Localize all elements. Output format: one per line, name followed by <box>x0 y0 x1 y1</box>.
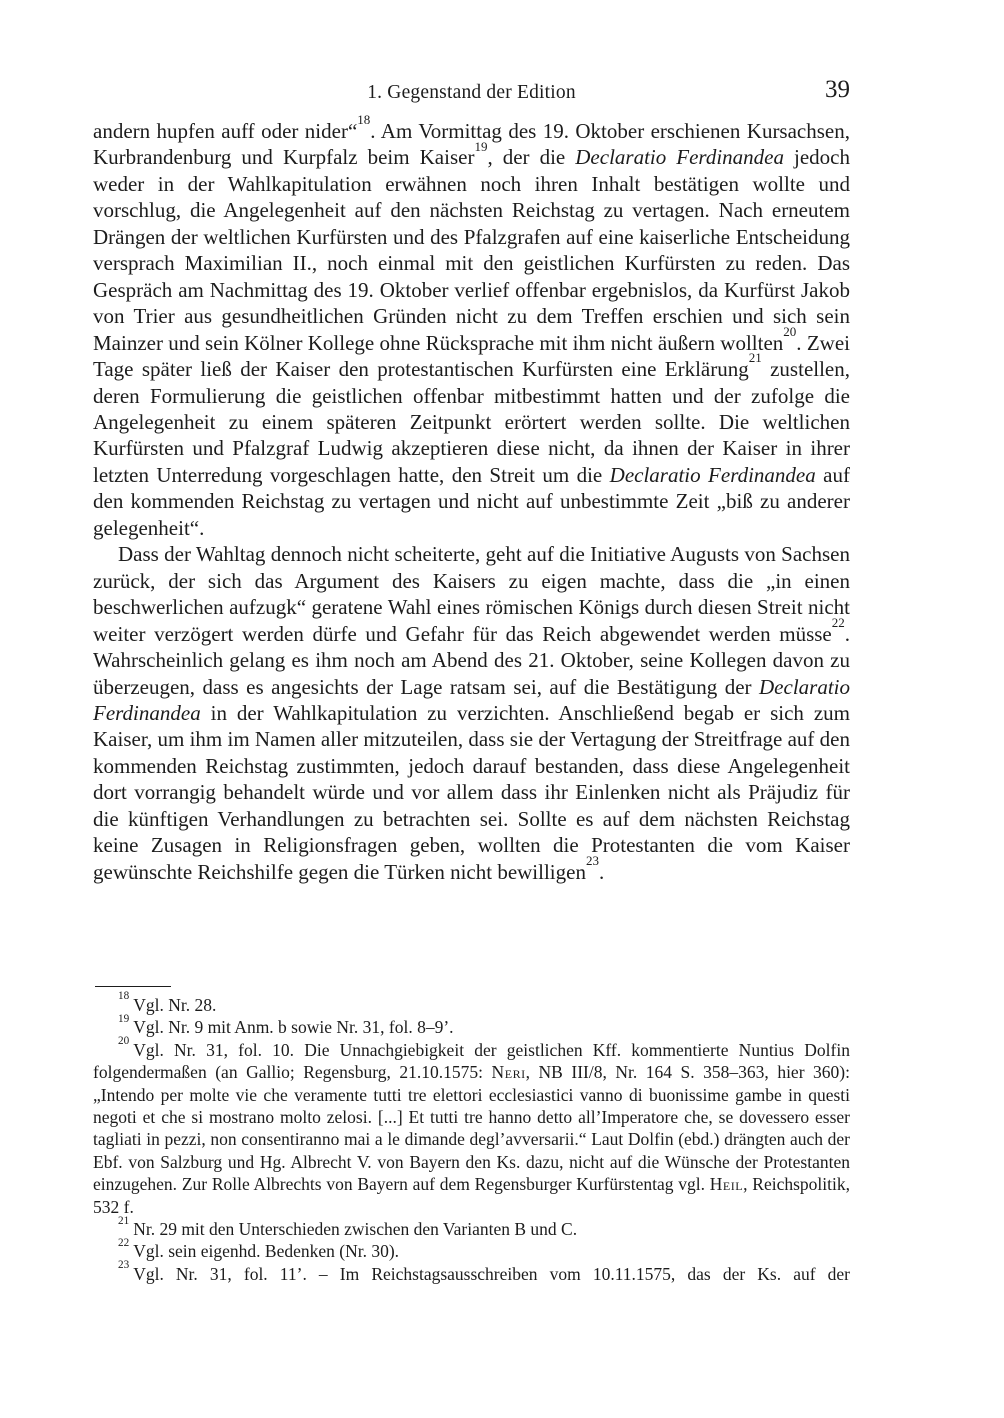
text-segment: Neri <box>492 1062 526 1082</box>
body-paragraph: Dass der Wahltag dennoch nicht scheitert… <box>93 541 850 885</box>
text-segment: andern hupfen auff oder nider“ <box>93 119 357 143</box>
footnote-marker: 21 <box>118 1215 129 1227</box>
footnote-ref: 19 <box>474 139 487 154</box>
text-segment: Declaratio Ferdinandea <box>575 145 784 169</box>
footnote-marker: 22 <box>118 1237 129 1249</box>
footnotes-block: 18Vgl. Nr. 28.19Vgl. Nr. 9 mit Anm. b so… <box>93 994 850 1285</box>
text-segment: . <box>599 860 604 884</box>
page-number: 39 <box>93 76 850 104</box>
text-segment: in der Wahlkapitulation zu verzichten. A… <box>93 701 850 884</box>
text-segment: Declaratio Ferdinandea <box>610 463 816 487</box>
footnote-marker: 20 <box>118 1035 129 1047</box>
body-paragraph: andern hupfen auff oder nider“18. Am Vor… <box>93 118 850 541</box>
text-segment: Vgl. Nr. 9 mit Anm. b sowie Nr. 31, fol.… <box>133 1017 453 1037</box>
text-segment: Dass der Wahltag dennoch nicht scheitert… <box>93 542 850 645</box>
text-segment: Vgl. Nr. 28. <box>133 995 216 1015</box>
footnote: 19Vgl. Nr. 9 mit Anm. b sowie Nr. 31, fo… <box>93 1016 850 1038</box>
footnote-ref: 21 <box>749 350 762 365</box>
footnote-separator <box>95 986 171 987</box>
footnote-ref: 20 <box>783 324 796 339</box>
body-text: andern hupfen auff oder nider“18. Am Vor… <box>93 118 850 885</box>
book-page: 1. Gegenstand der Edition 39 andern hupf… <box>0 0 1004 1418</box>
footnote: 23Vgl. Nr. 31, fol. 11’. – Im Reichstags… <box>93 1263 850 1285</box>
text-segment: Heil <box>710 1174 743 1194</box>
footnote: 22Vgl. sein eigenhd. Bedenken (Nr. 30). <box>93 1240 850 1262</box>
text-segment: , der die <box>487 145 575 169</box>
footnote-marker: 18 <box>118 990 129 1002</box>
footnote-ref: 18 <box>357 112 370 127</box>
footnote-ref: 23 <box>586 853 599 868</box>
footnote: 21Nr. 29 mit den Unterschieden zwischen … <box>93 1218 850 1240</box>
text-segment: Vgl. Nr. 31, fol. 11’. – Im Reichstagsau… <box>133 1264 850 1284</box>
footnote: 20Vgl. Nr. 31, fol. 10. Die Unnachgiebig… <box>93 1039 850 1218</box>
text-segment: Vgl. sein eigenhd. Bedenken (Nr. 30). <box>133 1241 399 1261</box>
footnote-marker: 19 <box>118 1013 129 1025</box>
footnote: 18Vgl. Nr. 28. <box>93 994 850 1016</box>
footnote-marker: 23 <box>118 1259 129 1271</box>
footnote-ref: 22 <box>832 615 845 630</box>
text-segment: jedoch weder in der Wahlkapitulation erw… <box>93 145 850 354</box>
text-segment: Nr. 29 mit den Unterschieden zwischen de… <box>133 1219 577 1239</box>
